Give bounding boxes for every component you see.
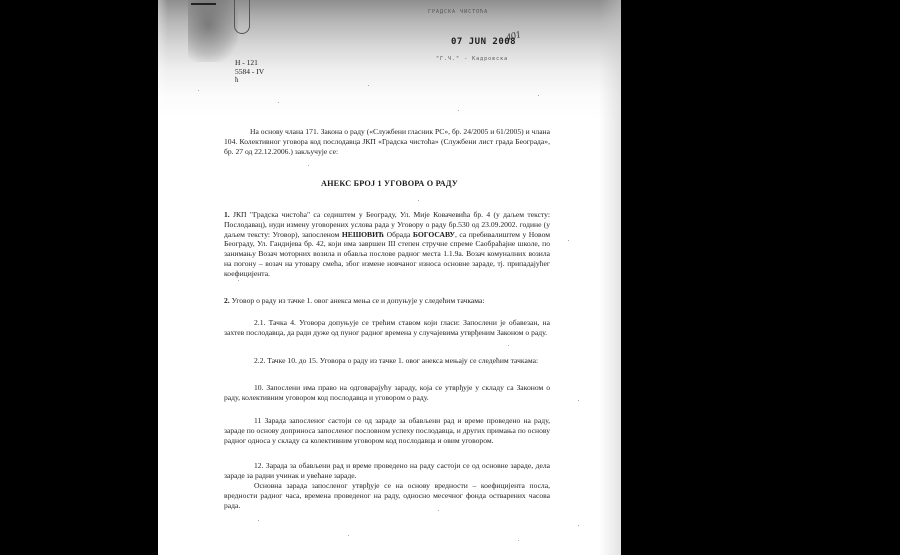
scan-smudge xyxy=(188,0,238,62)
clause-text: Зарада запосленог састоји се од зараде з… xyxy=(224,416,550,445)
document-title: АНЕКС БРОЈ 1 УГОВОРА О РАДУ xyxy=(158,179,621,188)
clause-text: Запослени има право на одговарајућу зара… xyxy=(224,383,550,402)
reference-line-1: Н - 121 xyxy=(235,58,264,67)
clause-12: 12. Зарада за обављени рад и време прове… xyxy=(224,461,550,481)
section-number: 1. xyxy=(224,210,230,219)
section-1: 1. ЈКП "Градска чистоћа" са седиштем у Б… xyxy=(224,210,550,279)
receipt-stamp: ГРАДСКА ЧИСТОЋА 07 JUN 2008 401 "Г.Ч." -… xyxy=(426,5,546,63)
reference-mark: ћ xyxy=(235,76,264,85)
clause-text: Зарада за обављени рад и време проведено… xyxy=(224,461,550,480)
section-number: 2.1. xyxy=(254,318,265,327)
scanned-document-page: Н - 121 5584 - IV ћ ГРАДСКА ЧИСТОЋА 07 J… xyxy=(158,0,621,555)
clause-10: 10. Запослени има право на одговарајућу … xyxy=(224,383,550,403)
stamp-header: ГРАДСКА ЧИСТОЋА xyxy=(428,9,488,15)
section-text: Тачка 4. Уговора допуњује се трећим став… xyxy=(224,318,550,337)
clause-number: 11 xyxy=(254,416,261,425)
page-edge-shadow xyxy=(599,0,621,555)
paper-clip-mark xyxy=(234,0,250,34)
page-edge-shadow xyxy=(158,0,168,555)
clause-12-paragraph-2: Основна зарада запосленог утврђује се на… xyxy=(224,481,550,510)
clause-text: Основна зарада запосленог утврђује се на… xyxy=(224,481,550,510)
scan-mark xyxy=(191,3,216,5)
employee-name: БОГОСАВУ xyxy=(413,230,455,239)
preamble: На основу члана 171. Закона о раду («Слу… xyxy=(224,127,550,156)
employee-surname: НЕШОВИЋ xyxy=(342,230,384,239)
section-number: 2.2. xyxy=(254,356,265,365)
section-2-2: 2.2. Тачке 10. до 15. Уговора о раду из … xyxy=(224,356,550,366)
stamp-handwritten-number: 401 xyxy=(505,29,522,44)
employee-father-name: Обрада xyxy=(387,230,411,239)
clause-number: 10. xyxy=(254,383,264,392)
section-text: Тачке 10. до 15. Уговора о раду из тачке… xyxy=(267,356,538,365)
reference-line-2: 5584 - IV xyxy=(235,67,264,76)
section-text: Уговор о раду из тачке 1. овог анекса ме… xyxy=(232,296,485,305)
section-2-1: 2.1. Тачка 4. Уговора допуњује се трећим… xyxy=(224,318,550,338)
stamp-footer: "Г.Ч." - Кадровска xyxy=(436,56,508,62)
reference-number: Н - 121 5584 - IV ћ xyxy=(235,58,264,85)
section-2: 2. Уговор о раду из тачке 1. овог анекса… xyxy=(224,296,550,306)
clause-11: 11 Зарада запосленог састоји се од зарад… xyxy=(224,416,550,445)
section-number: 2. xyxy=(224,296,230,305)
clause-number: 12. xyxy=(254,461,264,470)
